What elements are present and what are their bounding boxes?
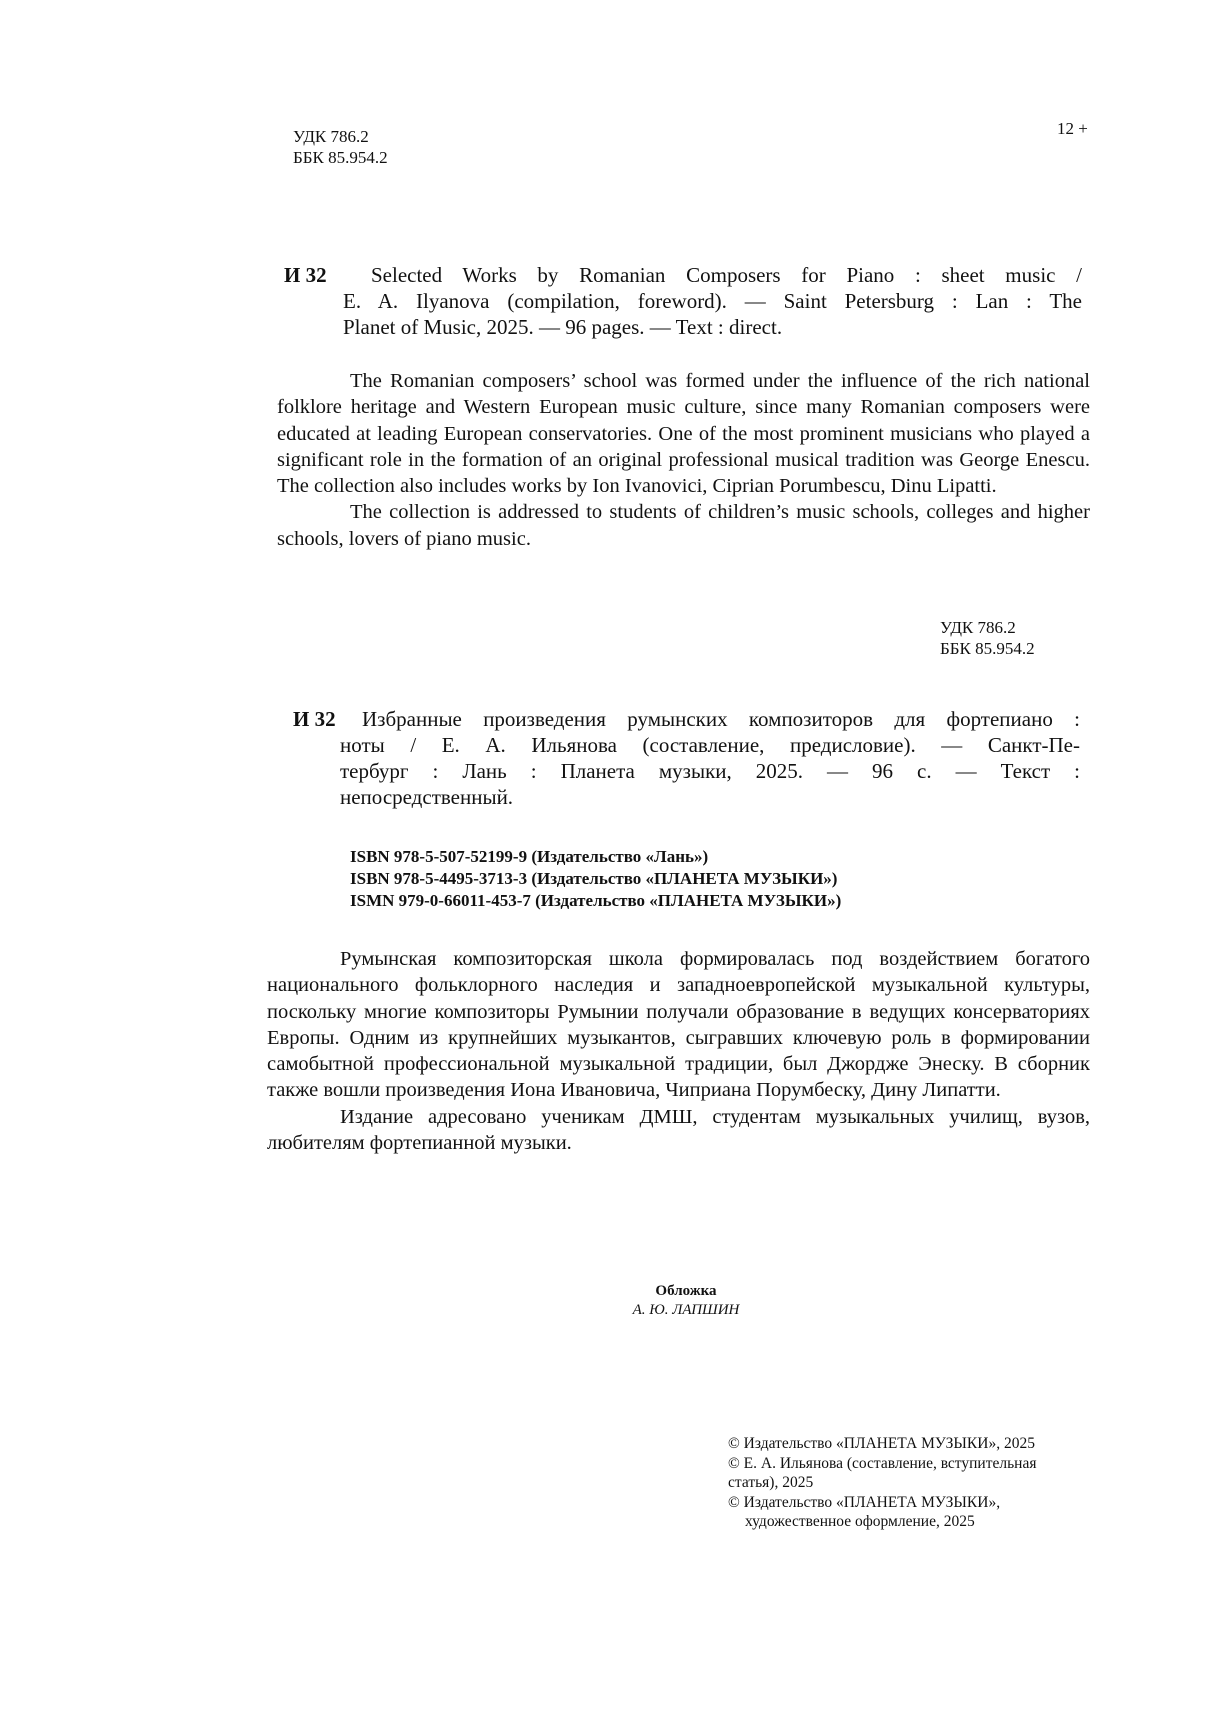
entry-line: Planet of Music, 2025. — 96 pages. — Tex…	[343, 314, 1082, 340]
entry-line: тербург : Лань : Планета музыки, 2025. —…	[340, 758, 1080, 784]
library-code: И 32	[284, 262, 327, 288]
udk-code: УДК 786.2	[940, 617, 1035, 638]
age-rating: 12 +	[1057, 119, 1088, 139]
udk-code: УДК 786.2	[293, 126, 388, 147]
library-code: И 32	[293, 706, 336, 732]
entry-line: Selected Works by Romanian Composers for…	[371, 262, 1082, 288]
ismn-planet: ISMN 979-0-66011-453-7 (Издательство «ПЛ…	[350, 890, 841, 912]
annotation-paragraph: The Romanian composers’ school was forme…	[277, 368, 1090, 499]
classification-block-top: УДК 786.2 ББК 85.954.2	[293, 126, 388, 168]
entry-line: E. A. Ilyanova (compilation, foreword). …	[343, 288, 1082, 314]
isbn-planet: ISBN 978-5-4495-3713-3 (Издательство «ПЛ…	[350, 868, 841, 890]
copyright-line: © Е. А. Ильянова (составление, вступител…	[728, 1454, 1036, 1474]
entry-line: Избранные произведения румынских компози…	[362, 706, 1080, 732]
cover-designer: А. Ю. ЛАПШИН	[586, 1301, 786, 1320]
cover-credit: Обложка А. Ю. ЛАПШИН	[586, 1282, 786, 1320]
classification-block-russian: УДК 786.2 ББК 85.954.2	[940, 617, 1035, 659]
entry-line: непосредственный.	[340, 784, 1080, 810]
bbk-code: ББК 85.954.2	[293, 147, 388, 168]
annotation-paragraph: Румынская композиторская школа формирова…	[267, 946, 1090, 1104]
bbk-code: ББК 85.954.2	[940, 638, 1035, 659]
isbn-lan: ISBN 978-5-507-52199-9 (Издательство «Ла…	[350, 846, 841, 868]
english-annotation: The Romanian composers’ school was forme…	[277, 368, 1090, 552]
copyright-block: © Издательство «ПЛАНЕТА МУЗЫКИ», 2025 © …	[728, 1434, 1036, 1532]
entry-line: ноты / Е. А. Ильянова (составление, пред…	[340, 732, 1080, 758]
russian-annotation: Румынская композиторская школа формирова…	[267, 946, 1090, 1156]
cover-label: Обложка	[586, 1282, 786, 1301]
copyright-line: © Издательство «ПЛАНЕТА МУЗЫКИ»,	[728, 1493, 1036, 1513]
copyright-line: © Издательство «ПЛАНЕТА МУЗЫКИ», 2025	[728, 1434, 1036, 1454]
identifiers-block: ISBN 978-5-507-52199-9 (Издательство «Ла…	[350, 846, 841, 912]
annotation-paragraph: Издание адресовано ученикам ДМШ, студент…	[267, 1104, 1090, 1157]
russian-bibliographic-entry: И 32 Избранные произведения румынских ко…	[293, 706, 1080, 810]
annotation-paragraph: The collection is addressed to students …	[277, 499, 1090, 552]
copyright-line: статья), 2025	[728, 1473, 1036, 1493]
copyright-line: художественное оформление, 2025	[728, 1512, 1036, 1532]
english-bibliographic-entry: И 32 Selected Works by Romanian Composer…	[284, 262, 1082, 340]
